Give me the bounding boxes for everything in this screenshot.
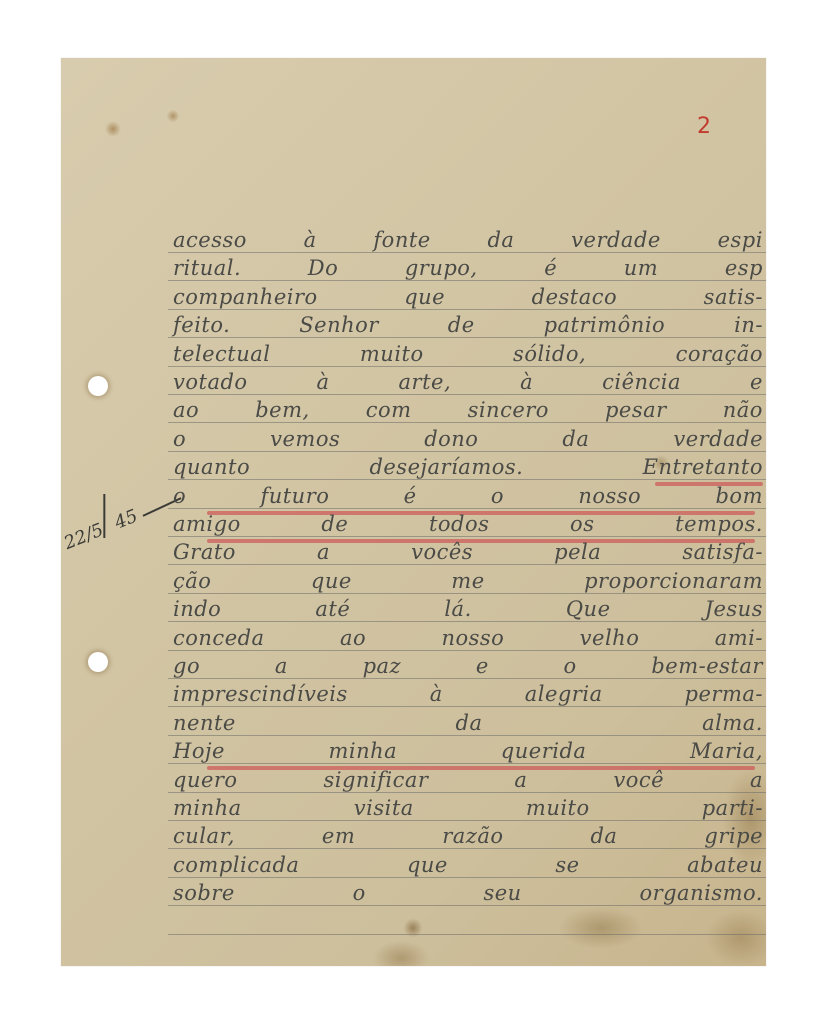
handwritten-line: minhavisitamuitoparti- <box>173 793 763 821</box>
page-number: 2 <box>697 114 711 139</box>
handwritten-word: proporcionaram <box>584 568 763 594</box>
handwritten-word: Hoje <box>173 738 225 764</box>
handwritten-word: cular, <box>173 823 235 849</box>
handwritten-line: nentedaalma. <box>173 708 763 736</box>
punch-hole-bottom <box>88 652 108 672</box>
handwritten-word: muito <box>526 795 590 821</box>
handwritten-line: concedaaonossovelhoami- <box>173 623 763 651</box>
handwritten-word: espi <box>718 227 763 253</box>
handwritten-line: çãoquemeproporcionaram <box>173 566 763 594</box>
handwritten-word: organismo. <box>639 880 763 906</box>
handwritten-word: imprescindíveis <box>173 681 348 707</box>
handwritten-word: Jesus <box>705 596 763 622</box>
handwritten-line: ofuturoéonossobom <box>173 481 763 509</box>
handwritten-word: se <box>555 852 579 878</box>
punch-hole-top <box>88 376 108 396</box>
handwritten-word: lá. <box>444 596 471 622</box>
handwritten-word: in- <box>734 312 763 338</box>
handwritten-word: à <box>317 369 330 395</box>
handwritten-word: go <box>173 653 200 679</box>
handwritten-word: não <box>723 397 763 423</box>
handwritten-line: companheiroquedestacosatis- <box>173 282 763 310</box>
handwritten-word: dono <box>424 426 478 452</box>
handwritten-line: sobreoseuorganismo. <box>173 878 763 906</box>
handwritten-word: à <box>520 369 533 395</box>
handwritten-line: acessoàfontedaverdadeespi <box>173 225 763 253</box>
handwritten-word: todos <box>429 511 489 537</box>
handwritten-word: o <box>563 653 576 679</box>
handwritten-word: desejaríamos. <box>369 454 523 480</box>
handwritten-word: fonte <box>373 227 430 253</box>
handwritten-word: satis- <box>704 284 763 310</box>
handwritten-word: a <box>514 767 527 793</box>
handwritten-word: Maria, <box>690 738 763 764</box>
handwritten-word: Grato <box>173 539 236 565</box>
handwritten-word: até <box>315 596 350 622</box>
handwritten-word: votado <box>173 369 248 395</box>
letter-page: 2 22/545 acessoàfontedaverdadeespiritual… <box>61 58 766 966</box>
handwritten-line: telectualmuitosólido,coração <box>173 339 763 367</box>
handwritten-word: complicada <box>173 852 299 878</box>
handwritten-word: à <box>304 227 317 253</box>
handwritten-word: verdade <box>571 227 661 253</box>
handwritten-word: acesso <box>173 227 247 253</box>
margin-date: 22/545 <box>53 484 141 554</box>
handwritten-word: o <box>173 483 186 509</box>
handwritten-word: o <box>353 880 366 906</box>
margin-date-divider <box>104 494 106 538</box>
handwritten-word: os <box>570 511 594 537</box>
handwritten-word: me <box>451 568 484 594</box>
handwritten-word: patrimônio <box>544 312 666 338</box>
handwritten-word: alegria <box>525 681 603 707</box>
handwritten-word: seu <box>483 880 521 906</box>
handwritten-word: nosso <box>441 625 504 651</box>
handwritten-word: querida <box>501 738 587 764</box>
handwritten-word: de <box>448 312 475 338</box>
handwritten-word: da <box>456 710 483 736</box>
handwritten-word: e <box>476 653 489 679</box>
handwritten-word: grupo, <box>405 255 478 281</box>
handwritten-word: quero <box>173 767 238 793</box>
handwritten-word: o <box>491 483 504 509</box>
handwritten-word: sólido, <box>513 341 586 367</box>
handwritten-word: que <box>407 852 448 878</box>
handwritten-word: velho <box>580 625 640 651</box>
handwritten-word: perma- <box>685 681 763 707</box>
handwritten-word: muito <box>360 341 424 367</box>
handwritten-word: abateu <box>687 852 763 878</box>
handwritten-word: o <box>173 426 186 452</box>
handwritten-word: Entretanto <box>643 454 763 480</box>
handwritten-word: a <box>275 653 288 679</box>
handwritten-word: visita <box>354 795 414 821</box>
handwritten-word: Senhor <box>299 312 379 338</box>
handwritten-word: amigo <box>173 511 241 537</box>
handwritten-line: cular,emrazãodagripe <box>173 821 763 849</box>
margin-date-year: 45 <box>112 506 141 534</box>
handwritten-word: ao <box>173 397 199 423</box>
handwritten-word: pesar <box>605 397 667 423</box>
handwritten-word: minha <box>329 738 398 764</box>
handwritten-word: de <box>321 511 348 537</box>
handwritten-word: nente <box>173 710 236 736</box>
handwritten-word: quanto <box>173 454 250 480</box>
handwritten-word: bem, <box>255 397 309 423</box>
margin-date-day-month: 22/5 <box>61 519 106 554</box>
handwritten-word: ciência <box>602 369 681 395</box>
handwritten-word: ami- <box>715 625 763 651</box>
handwritten-word: da <box>487 227 514 253</box>
handwritten-word: bem-estar <box>651 653 763 679</box>
handwritten-word: significar <box>323 767 428 793</box>
handwritten-word: da <box>590 823 617 849</box>
handwritten-word: a <box>317 539 330 565</box>
handwritten-word: vocês <box>411 539 473 565</box>
handwritten-word: bom <box>715 483 763 509</box>
handwritten-word: verdade <box>673 426 763 452</box>
handwritten-word: a <box>750 767 763 793</box>
handwritten-word: tempos. <box>675 511 763 537</box>
handwritten-word: é <box>544 255 557 281</box>
handwritten-line: ovemosdonodaverdade <box>173 424 763 452</box>
handwritten-word: ritual. <box>173 255 241 281</box>
handwritten-line: Gratoavocêspelasatisfa- <box>173 537 763 565</box>
handwritten-word: à <box>430 681 443 707</box>
handwritten-word: um <box>624 255 658 281</box>
handwritten-line: votadoàarte,àciênciae <box>173 367 763 395</box>
handwritten-word: da <box>562 426 589 452</box>
handwritten-word: razão <box>442 823 503 849</box>
handwritten-line: feito.Senhordepatrimônioin- <box>173 310 763 338</box>
handwritten-word: sincero <box>468 397 549 423</box>
handwritten-word: paz <box>363 653 402 679</box>
handwritten-word: esp <box>725 255 763 281</box>
handwritten-word: nosso <box>578 483 641 509</box>
handwritten-word: futuro <box>260 483 329 509</box>
handwritten-word: satisfa- <box>682 539 763 565</box>
handwritten-line: quantodesejaríamos.Entretanto <box>173 452 763 480</box>
handwritten-word: feito. <box>173 312 230 338</box>
handwritten-word: Do <box>308 255 338 281</box>
handwritten-word: ao <box>340 625 366 651</box>
handwritten-line: ritual.Dogrupo,éumesp <box>173 253 763 281</box>
handwritten-line: imprescindíveisàalegriaperma- <box>173 679 763 707</box>
handwritten-line: indoatélá.QueJesus <box>173 594 763 622</box>
ruled-line <box>168 934 766 935</box>
handwritten-word: sobre <box>173 880 235 906</box>
handwritten-word: indo <box>173 596 221 622</box>
handwritten-word: que <box>404 284 445 310</box>
handwritten-word: arte, <box>399 369 452 395</box>
handwritten-line: amigodetodosostempos. <box>173 509 763 537</box>
handwritten-word: gripe <box>704 823 763 849</box>
handwritten-word: destaco <box>532 284 618 310</box>
handwritten-word: parti- <box>702 795 763 821</box>
handwritten-word: companheiro <box>173 284 318 310</box>
handwritten-line: querosignificaravocêa <box>173 765 763 793</box>
handwritten-line: goapazeobem-estar <box>173 651 763 679</box>
handwritten-word: alma. <box>702 710 763 736</box>
handwritten-word: minha <box>173 795 242 821</box>
handwritten-word: coração <box>676 341 763 367</box>
handwritten-word: você <box>613 767 664 793</box>
handwritten-word: é <box>404 483 417 509</box>
handwritten-word: vemos <box>270 426 340 452</box>
handwritten-word: que <box>311 568 352 594</box>
handwritten-word: e <box>750 369 763 395</box>
handwritten-word: ção <box>173 568 211 594</box>
handwritten-word: em <box>322 823 355 849</box>
handwritten-line: HojeminhaqueridaMaria, <box>173 736 763 764</box>
handwritten-word: Que <box>566 596 611 622</box>
handwritten-line: complicadaqueseabateu <box>173 850 763 878</box>
handwritten-word: pela <box>554 539 601 565</box>
handwritten-line: aobem,comsinceropesarnão <box>173 395 763 423</box>
handwritten-word: conceda <box>173 625 265 651</box>
handwritten-word: telectual <box>173 341 270 367</box>
handwritten-word: com <box>366 397 412 423</box>
